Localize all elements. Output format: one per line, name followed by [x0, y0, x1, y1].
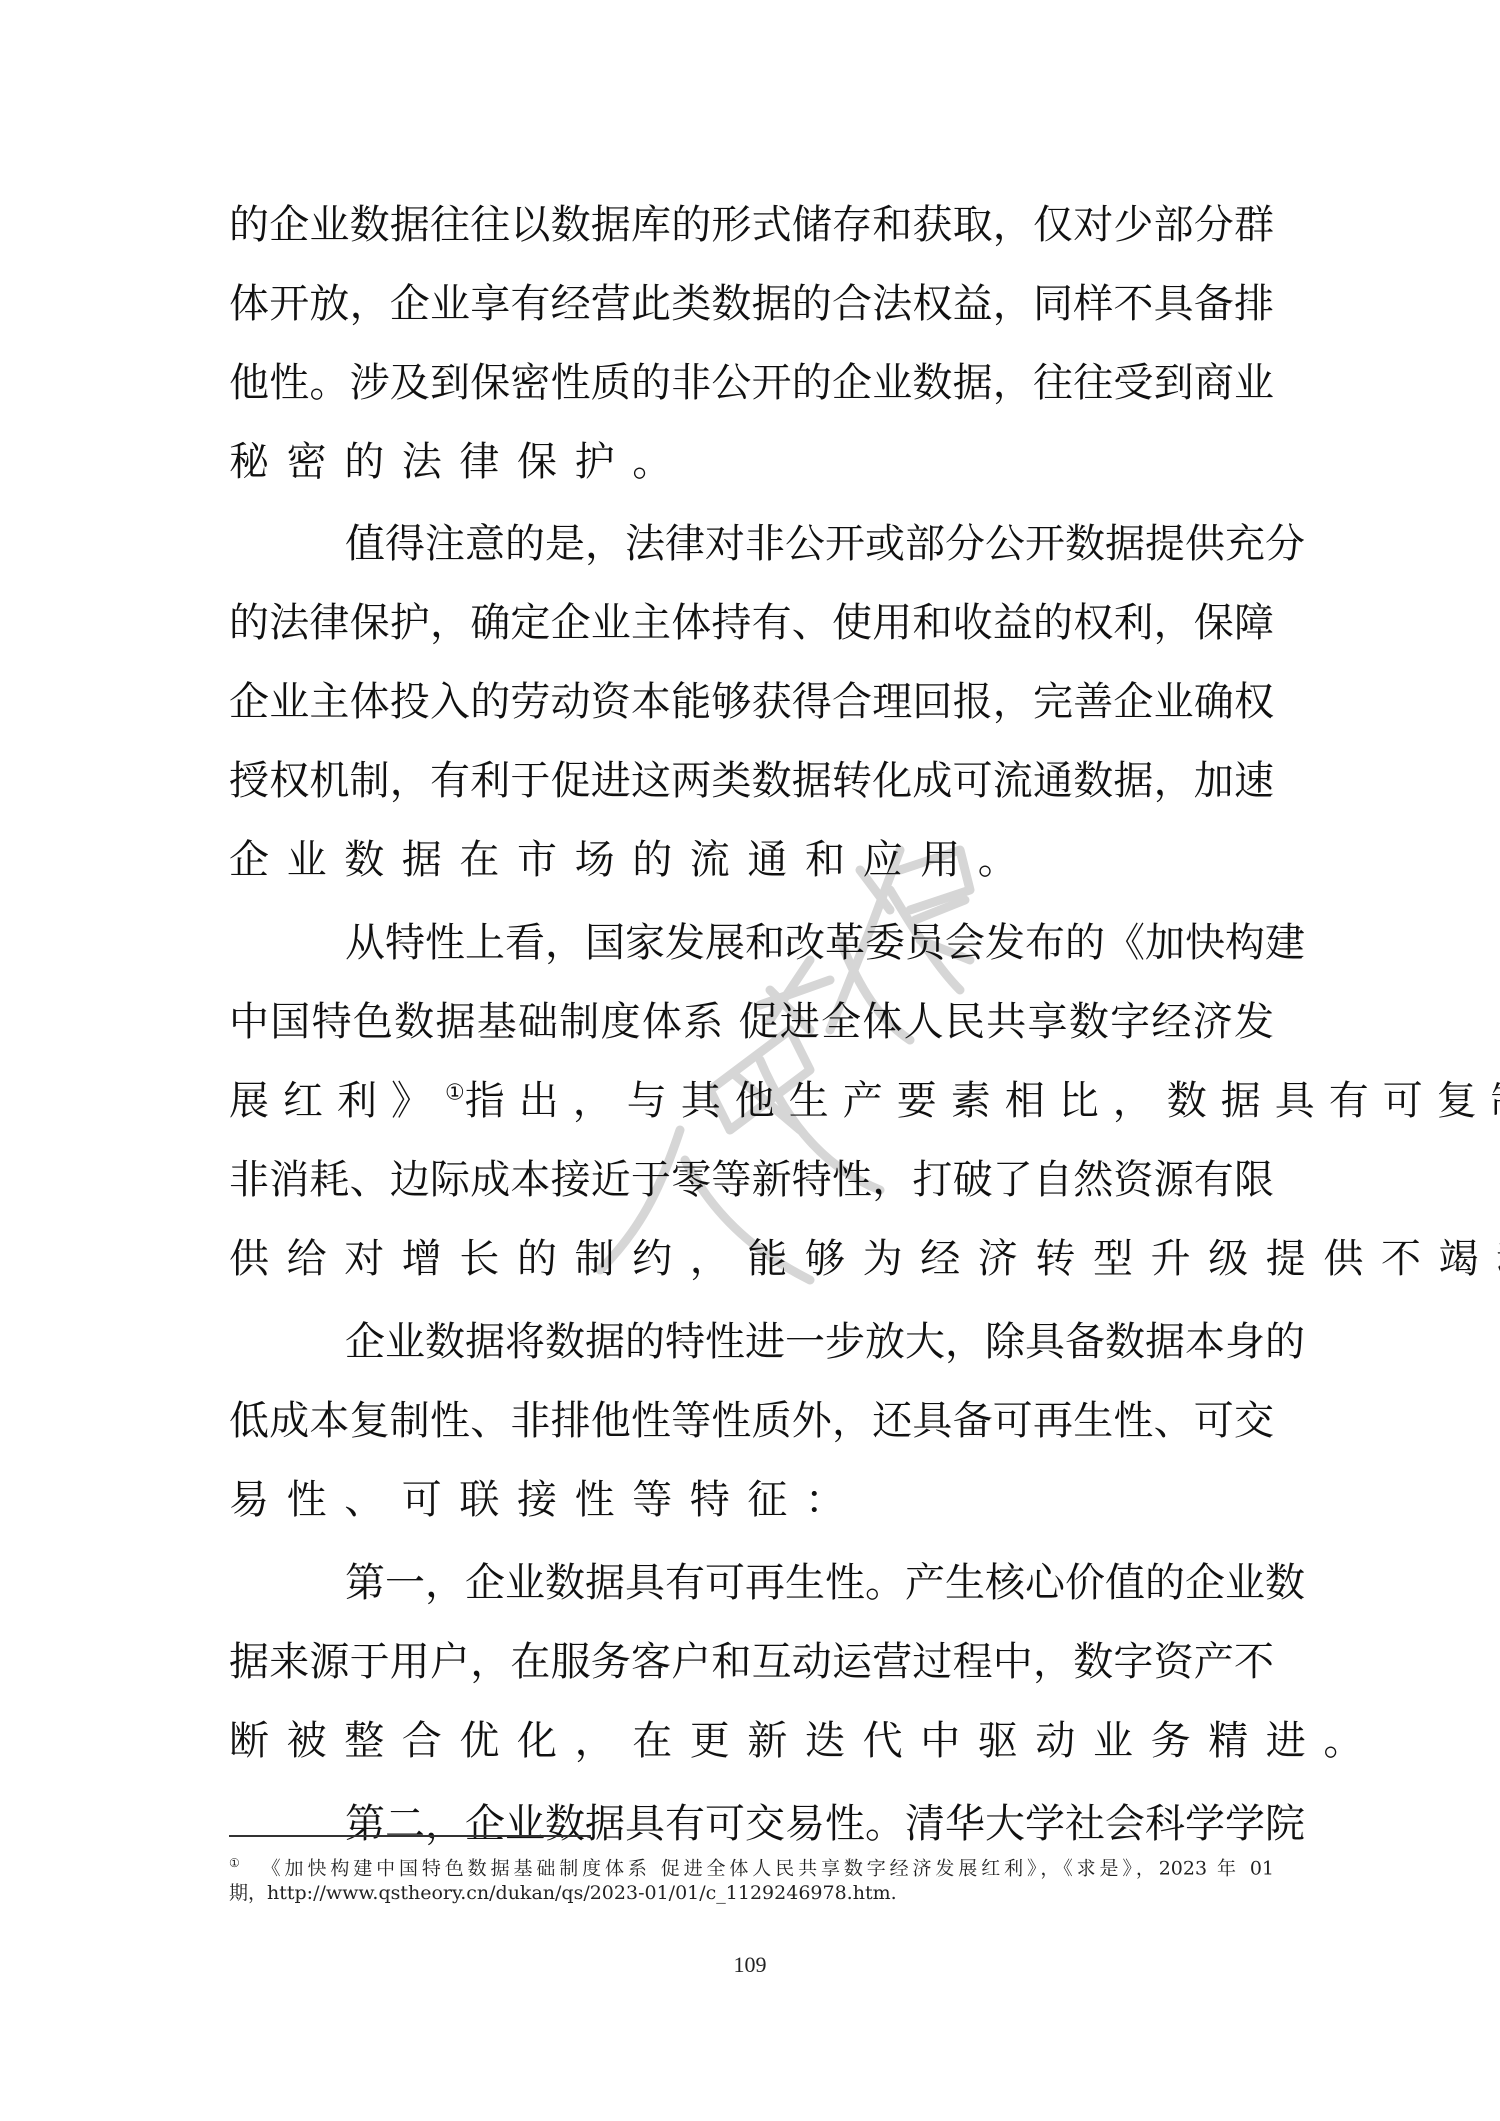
paragraph-line: 企业数据在市场的流通和应用。 [229, 836, 1274, 884]
paragraph-line: 秘密的法律保护。 [229, 438, 1274, 486]
paragraph-line: 企业数据将数据的特性进一步放大，除具备数据本身的 [345, 1318, 1274, 1366]
page-number: 109 [0, 1952, 1500, 1978]
footnote-reference[interactable]: ① [445, 1081, 465, 1106]
paragraph-line: 中国特色数据基础制度体系 促进全体人民共享数字经济发 [229, 998, 1274, 1046]
paragraph-line: 低成本复制性、非排他性等性质外，还具备可再生性、可交 [229, 1397, 1274, 1445]
paragraph-line: 供给对增长的制约，能够为经济转型升级提供不竭动力。 [229, 1235, 1274, 1283]
paragraph-line: 第一，企业数据具有可再生性。产生核心价值的企业数 [345, 1559, 1274, 1607]
document-page: 的企业数据往往以数据库的形式储存和获取，仅对少部分群 体开放，企业享有经营此类数… [0, 0, 1500, 2121]
footnote-separator [229, 1835, 591, 1837]
footnote-mark: ① [229, 1856, 244, 1870]
paragraph-line: 体开放，企业享有经营此类数据的合法权益，同样不具备排 [229, 280, 1274, 328]
paragraph-line: 易性、可联接性等特征： [229, 1476, 1274, 1524]
footnote-line: ①《加快构建中国特色数据基础制度体系 促进全体人民共享数字经济发展红利》，《求是… [229, 1850, 1274, 1881]
footnote-line: 期，http://www.qstheory.cn/dukan/qs/2023-0… [229, 1880, 1274, 1906]
paragraph-text: 展红利》 [229, 1078, 445, 1124]
paragraph-line: 第二，企业数据具有可交易性。清华大学社会科学学院 [345, 1800, 1274, 1848]
footnote-text: 《加快构建中国特色数据基础制度体系 促进全体人民共享数字经济发展红利》，《求是》… [262, 1857, 1274, 1879]
paragraph-line: 非消耗、边际成本接近于零等新特性，打破了自然资源有限 [229, 1156, 1274, 1204]
paragraph-line: 从特性上看，国家发展和改革委员会发布的《加快构建 [345, 919, 1274, 967]
paragraph-line: 企业主体投入的劳动资本能够获得合理回报，完善企业确权 [229, 678, 1274, 726]
paragraph-line: 授权机制，有利于促进这两类数据转化成可流通数据，加速 [229, 757, 1274, 805]
paragraph-line: 他性。涉及到保密性质的非公开的企业数据，往往受到商业 [229, 359, 1274, 407]
paragraph-line: 的法律保护，确定企业主体持有、使用和收益的权利，保障 [229, 599, 1274, 647]
paragraph-line: 断被整合优化，在更新迭代中驱动业务精进。 [229, 1717, 1274, 1765]
paragraph-line: 的企业数据往往以数据库的形式储存和获取，仅对少部分群 [229, 201, 1274, 249]
paragraph-line-with-footnote: 展红利》①指出，与其他生产要素相比，数据具有可复制、 [229, 1077, 1274, 1125]
paragraph-line: 值得注意的是，法律对非公开或部分公开数据提供充分 [345, 520, 1274, 568]
paragraph-line: 据来源于用户，在服务客户和互动运营过程中，数字资产不 [229, 1638, 1274, 1686]
paragraph-text: 指出，与其他生产要素相比，数据具有可复制、 [465, 1078, 1500, 1124]
